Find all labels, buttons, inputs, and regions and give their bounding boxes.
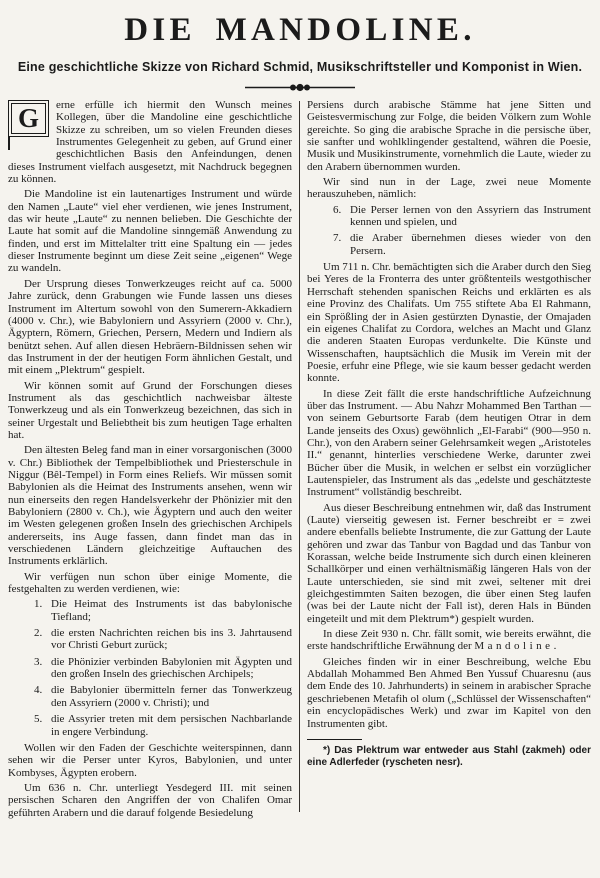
paragraph: Aus dieser Beschreibung entnehmen wir, d… [307,502,591,625]
list-item: 5. die Assyrier treten mit dem persische… [34,713,292,738]
page-title: DIE MANDOLINE. [8,12,592,49]
list-item-text: die Phönizier verbinden Babylonien mit Ä… [51,656,292,681]
paragraph-dropcap: G erne erfülle ich hiermit den Wunsch me… [8,99,292,185]
list-item: 6. Die Perser lernen von den Assyriern d… [333,204,591,229]
paragraph: Wir können somit auf Grund der Forschung… [8,380,292,442]
ordered-list-moments-1-5: 1. Die Heimat des Instruments ist das ba… [8,598,292,737]
paragraph-list-intro: Wir verfügen nun schon über einige Momen… [8,571,292,596]
footnote-separator-rule [307,739,362,740]
paragraph-text: erne erfülle ich hiermit den Wunsch mein… [8,99,292,185]
list-number: 1. [34,598,51,623]
footnote: *) Das Plektrum war entweder aus Stahl (… [307,745,591,770]
list-item: 4. die Babylonier übermitteln ferner das… [34,684,292,709]
list-item-text: die ersten Nachrichten reichen bis ins 3… [51,627,292,652]
right-column: Persiens durch arabische Stämme hat jene… [307,99,591,822]
ordered-list-moments-6-7: 6. Die Perser lernen von den Assyriern d… [307,204,591,257]
list-number: 5. [34,713,51,738]
list-item: 3. die Phönizier verbinden Babylonien mi… [34,656,292,681]
emphasized-spaced-word: Mandoline [474,640,553,652]
document-header: DIE MANDOLINE. Eine geschichtliche Skizz… [8,12,592,92]
paragraph: Der Ursprung dieses Tonwerkzeuges reicht… [8,278,292,377]
paragraph: Die Mandoline ist ein lautenartiges Inst… [8,188,292,274]
paragraph: In diese Zeit fällt die erste handschrif… [307,388,591,499]
paragraph: Gleiches finden wir in einer Beschreibun… [307,656,591,730]
paragraph: Um 711 n. Chr. bemächtigten sich die Ara… [307,261,591,384]
paragraph-list-intro: Wir sind nun in der Lage, zwei neue Mome… [307,176,591,201]
list-number: 6. [333,204,350,229]
divider-ornament [8,83,592,92]
list-item-text: die Assyrier treten mit dem persischen N… [51,713,292,738]
paragraph: Persiens durch arabische Stämme hat jene… [307,99,591,173]
paragraph: Um 636 n. Chr. unterliegt Yesdegerd III.… [8,782,292,819]
list-number: 2. [34,627,51,652]
list-number: 3. [34,656,51,681]
paragraph: Den ältesten Beleg fand man in einer vor… [8,444,292,567]
list-item: 1. Die Heimat des Instruments ist das ba… [34,598,292,623]
list-item-text: die Araber übernehmen dieses wieder von … [350,232,591,257]
document-page: DIE MANDOLINE. Eine geschichtliche Skizz… [0,0,600,878]
paragraph: Wollen wir den Faden der Geschichte weit… [8,742,292,779]
paragraph-text: . [554,640,557,652]
three-dots-rule-icon [245,83,355,92]
list-number: 7. [333,232,350,257]
paragraph-mandoline-mention: In diese Zeit 930 n. Chr. fällt somit, w… [307,628,591,653]
list-number: 4. [34,684,51,709]
dropcap-letter: G [8,100,49,137]
list-item-text: Die Heimat des Instruments ist das babyl… [51,598,292,623]
list-item: 7. die Araber übernehmen dieses wieder v… [333,232,591,257]
page-subtitle: Eine geschichtliche Skizze von Richard S… [8,60,592,74]
left-column: G erne erfülle ich hiermit den Wunsch me… [8,99,292,822]
list-item-text: die Babylonier übermitteln ferner das To… [51,684,292,709]
dropcap-initial: G [8,100,49,149]
column-divider-rule [299,101,300,812]
list-item: 2. die ersten Nachrichten reichen bis in… [34,627,292,652]
two-column-body: G erne erfülle ich hiermit den Wunsch me… [8,99,592,822]
dropcap-ornament-squares [8,137,10,150]
list-item-text: Die Perser lernen von den Assyriern das … [350,204,591,229]
